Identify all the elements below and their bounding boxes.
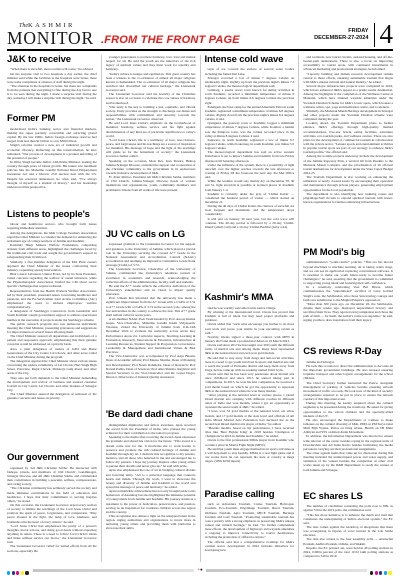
article-paragraph: A six-member NAAC Peer Team headed by Pr… <box>106 317 196 354</box>
article-paragraph: Among the notable projects underway incl… <box>303 154 393 175</box>
article-paragraph: Kashmiri Hanji Makers Welfare Foundation… <box>7 243 97 260</box>
article-paragraph: The Chief Minister assured all deputatio… <box>7 334 97 346</box>
article-headline: PM Modi's big <box>303 248 393 258</box>
article-body: younger generations to promote harmony, … <box>106 55 196 227</box>
article-paragraph: younger generations to promote harmony, … <box>106 55 196 72</box>
registration-dot <box>16 571 19 574</box>
article-paragraph: By winning at the international level, O… <box>205 310 295 322</box>
article-paragraph: "This has more initiative is to enhance … <box>303 513 393 525</box>
article-body: organised by 'All J&K Christian Sabha'. … <box>7 466 97 561</box>
article-paragraph: Owais added that "such wins encourage yo… <box>205 322 295 334</box>
article-paragraph: Owais said since 2017 he has taught over… <box>205 343 295 355</box>
article-body: Jammu and Srinagar.He took this occasion… <box>303 360 393 489</box>
article-paragraph: The data also relates to the four assemb… <box>303 537 393 545</box>
article-body: said he was warmly welcomed at his nativ… <box>205 306 295 487</box>
article-paragraph: During the 40 days of Chillai Kalan, the… <box>205 204 295 216</box>
article-paragraph: "After playing at the national level at … <box>205 393 295 410</box>
article-paragraph: "Our unity is the key to building a just… <box>106 105 196 122</box>
section-label: .FROM THE FRONT PAGE <box>101 34 240 47</box>
column-2: younger generations to promote harmony, … <box>101 55 200 562</box>
article-paragraph: Representatives from the Health Workers … <box>7 289 97 310</box>
article-paragraph: Ayan also emphasised the role of art in … <box>106 468 196 489</box>
press-color-bar: +● <box>7 568 393 573</box>
registration-mid-marks: +● <box>197 568 202 573</box>
article-paragraph: In a ceremony celebrating Veer Bal Diwas… <box>303 285 393 302</box>
brand-logo: TheKASHMIR MONITOR <box>7 15 94 48</box>
registration-dot <box>388 571 391 574</box>
article-body: layer of ice covered the surface of seve… <box>205 67 295 290</box>
article-headline: Our government <box>7 453 97 463</box>
article-paragraph: The delegation apprised the Chief Minist… <box>7 359 97 376</box>
article-paragraph: labour and healthcare sectors, who broug… <box>7 222 97 230</box>
weekday: FRIDAY <box>314 28 368 35</box>
article-paragraph: The Lieutenant Governor called for unite… <box>7 544 97 552</box>
article-paragraph: Srinagar recorded a low of minus 7 degre… <box>205 76 295 88</box>
article-paragraph: Several major infrastructure projects we… <box>303 84 393 109</box>
registration-dot <box>12 571 15 574</box>
header-right: FRIDAY DECEMBER-27-2024 4 <box>314 23 393 47</box>
registration-dots-left <box>7 562 30 580</box>
article-headline: EC shares LS <box>303 492 393 502</box>
article-paragraph: The Tourism Department is also working o… <box>303 175 393 192</box>
article-paragraph: Speaking to the media after receiving th… <box>106 435 196 468</box>
registration-dot <box>370 571 373 574</box>
article-body: and wetlands, new tourist circuits, assi… <box>303 55 393 245</box>
page-number: 4 <box>374 23 394 47</box>
article-headline: J&K to receive <box>7 55 97 65</box>
article-paragraph: The data comes against the backdrop of a… <box>303 525 393 537</box>
registration-dot <box>375 571 378 574</box>
date: DECEMBER-27-2024 <box>314 35 368 42</box>
article-paragraph: Owais said that he has been very passion… <box>205 372 295 393</box>
article-paragraph: Notably, Owais signed a three-year contr… <box>205 335 295 343</box>
article-paragraph: In 2004, Singh became India's 14th Prime… <box>7 160 97 189</box>
article-paragraph: administration's "youth-centric" policie… <box>303 260 393 285</box>
registration-dot <box>7 571 10 574</box>
article-paragraph: The Chief Minister assured the delegatio… <box>7 392 97 400</box>
article-paragraph: Singh's reforms created a new era of ind… <box>7 143 97 160</box>
article-paragraph: They also put forth demands to the Chief… <box>7 376 97 393</box>
article-headline: Kashmir's MMA <box>205 293 295 303</box>
article-headline: Former PM <box>7 114 97 124</box>
article-headline: Intense cold wave <box>205 55 295 65</box>
columns: J&K to receive"When there is snowfall, m… <box>7 55 393 562</box>
article-paragraph: Gulmarg, a tourist resort town known for… <box>205 88 295 105</box>
article-paragraph: Prof. Umesh Rai informed that the univer… <box>106 296 196 317</box>
article-paragraph: This recognition also shines a light on … <box>106 514 196 531</box>
article-paragraph: Similarly, a five member delegation of t… <box>7 260 97 272</box>
article-paragraph: Pahalgam, the base camp for the annual A… <box>205 105 295 122</box>
article-paragraph: In addition, the Information Department … <box>303 434 393 451</box>
article-body: distinguished dignitaries and fellow awa… <box>106 423 196 562</box>
article-paragraph: He took this occasion to direct the admi… <box>303 364 393 381</box>
article-paragraph: Looking ahead, the Tourism Department pl… <box>303 121 393 154</box>
article-headline: 'Be dard dadi chane <box>106 410 196 420</box>
article-paragraph: While the weather would stay mainly dry … <box>205 179 295 191</box>
article-paragraph: He said that youth must engage themselve… <box>205 447 295 464</box>
newspaper-page: TheKASHMIR MONITOR .FROM THE FRONT PAGE … <box>0 0 400 586</box>
article-body: The number of candidates contesting the … <box>303 504 393 562</box>
article-body: expressed gratitude to the Lieutenant Go… <box>106 242 196 407</box>
registration-dot <box>21 571 24 574</box>
registration-dots-right <box>370 562 393 580</box>
article-paragraph: The Lieutenant Governor, Chancellor of t… <box>106 267 196 284</box>
article-paragraph: Kupwara, in north Kashmir, registered a … <box>205 138 295 150</box>
article-paragraph: "Lord Jesus Christ had emphasised the pu… <box>7 524 97 545</box>
article-paragraph: "When there is snowfall, more tourists w… <box>7 67 97 71</box>
article-paragraph: On this occasion, the Lieutenant Governo… <box>7 503 97 524</box>
article-body: "When there is snowfall, more tourists w… <box>7 67 97 111</box>
article-headline: Listens to people's <box>7 210 97 220</box>
article-headline: Paradise calling <box>205 490 295 500</box>
column-1: J&K to receive"When there is snowfall, m… <box>7 55 101 562</box>
article-paragraph: The number of candidates contesting the … <box>303 504 393 512</box>
article-paragraph: "The Christian community has selflessly … <box>7 486 97 503</box>
article-paragraph: Similarly, the Mubarak Mandi Heritage de… <box>303 109 393 121</box>
article-paragraph: The official said that a comprehensive r… <box>205 540 295 552</box>
article-paragraph: He said that to stay away from drugs and… <box>205 356 295 373</box>
article-paragraph: The department is also identifying new t… <box>303 192 393 204</box>
article-headline: CS reviews R-Day <box>303 347 393 357</box>
article-paragraph: and wetlands, new tourist circuits, assi… <box>303 55 393 72</box>
article-paragraph: "Lord Jesus Christ's life is a testimony… <box>106 138 196 159</box>
article-body: such as Adventure Tourism, Cruise Touris… <box>205 502 295 560</box>
article-body: modernised India's banking sector and fi… <box>7 127 97 207</box>
article-paragraph: The Vice-Chancellor was accompanied by P… <box>106 354 196 379</box>
article-paragraph: He also encouraged the Departments of Cu… <box>303 418 393 435</box>
article-paragraph: The meteorological department has said a… <box>205 150 295 162</box>
article-headline: JU VC calls on LG <box>106 230 196 240</box>
article-paragraph: It will end on January 30 next year, but… <box>205 217 295 229</box>
article-paragraph: The Chief Secretary further instructed t… <box>303 381 393 402</box>
article-body: administration's "youth-centric" policie… <box>303 260 393 344</box>
article-paragraph: "India's culture is unique and egalitari… <box>106 72 196 93</box>
article-paragraph: organised by 'All J&K Christian Sabha'. … <box>7 466 97 487</box>
article-body: labour and healthcare sectors, who broug… <box>7 222 97 450</box>
registration-dot <box>379 571 382 574</box>
date-block: FRIDAY DECEMBER-27-2024 <box>314 28 373 43</box>
article-paragraph: layer of ice covered the surface of seve… <box>205 67 295 75</box>
registration-dot <box>25 571 28 574</box>
article-paragraph: such as Adventure Tourism, Cruise Touris… <box>205 502 295 539</box>
article-paragraph: Repolls, the EC pointed out, were held i… <box>303 546 393 558</box>
article-paragraph: "I have won 33 gold medals at the nation… <box>205 409 295 426</box>
press-gray-bar <box>33 569 194 572</box>
article-paragraph: "Besides medals, based on my performance… <box>205 426 295 438</box>
article-paragraph: Bhat Casual Labourers United Front, led … <box>7 272 97 289</box>
article-paragraph: Kashmir is currently under the grip of '… <box>205 192 295 204</box>
article-paragraph: Qazigund, the gateway town to Kashmir, l… <box>205 121 295 138</box>
article-paragraph: The Lieutenant Governor said the festivi… <box>106 92 196 104</box>
article-paragraph: "More than 300 years ago, on December 26… <box>303 302 393 323</box>
article-paragraph: "Capacity building and human resource de… <box>303 72 393 84</box>
registration-dot <box>384 571 387 574</box>
article-paragraph: Owais is the first professional MMA play… <box>205 438 295 446</box>
press-gray-bar <box>206 569 367 572</box>
article-paragraph: During this meeting, he keenly enquired … <box>303 401 393 418</box>
masthead: TheKASHMIR MONITOR .FROM THE FRONT PAGE <box>7 15 240 48</box>
article-paragraph: expressed gratitude to the Lieutenant Go… <box>106 242 196 267</box>
article-paragraph: He said the A++ Grade reflects the colle… <box>106 284 196 296</box>
article-paragraph: modernised India's banking sector and fi… <box>7 127 97 144</box>
article-paragraph: Fr. Peter Mattoo, President All J&K Chri… <box>106 175 196 192</box>
article-paragraph: He said Lord Jesus Christ's emphasis on … <box>106 121 196 138</box>
column-4: and wetlands, new tourist circuits, assi… <box>298 55 393 562</box>
article-paragraph: On his surprise visit to two hospitals a… <box>7 72 97 84</box>
article-paragraph: Under the influence of the system, there… <box>205 163 295 180</box>
article-paragraph: distinguished dignitaries and fellow awa… <box>106 423 196 435</box>
article-paragraph: The public outreach program also saw num… <box>7 322 97 334</box>
article-paragraph: "The situation in the hospitals is bette… <box>7 84 97 101</box>
column-3: Intense cold wavelayer of ice covered th… <box>200 55 299 562</box>
article-paragraph: Ayan's remarkable achievement has not on… <box>106 489 196 514</box>
article-paragraph: Among the delegations, the J&K College T… <box>7 231 97 243</box>
brand-monitor: MONITOR <box>7 30 94 48</box>
article-paragraph: Speaking on the occasion, Most Rev. Ivan… <box>106 159 196 176</box>
article-paragraph: A delegation of Saubhagya Contractors fr… <box>7 309 97 321</box>
page-header: TheKASHMIR MONITOR .FROM THE FRONT PAGE … <box>7 19 393 51</box>
article-paragraph: Also, a joint delegation of traders of G… <box>7 347 97 359</box>
article-paragraph: The other agenda items that came up for … <box>303 451 393 472</box>
